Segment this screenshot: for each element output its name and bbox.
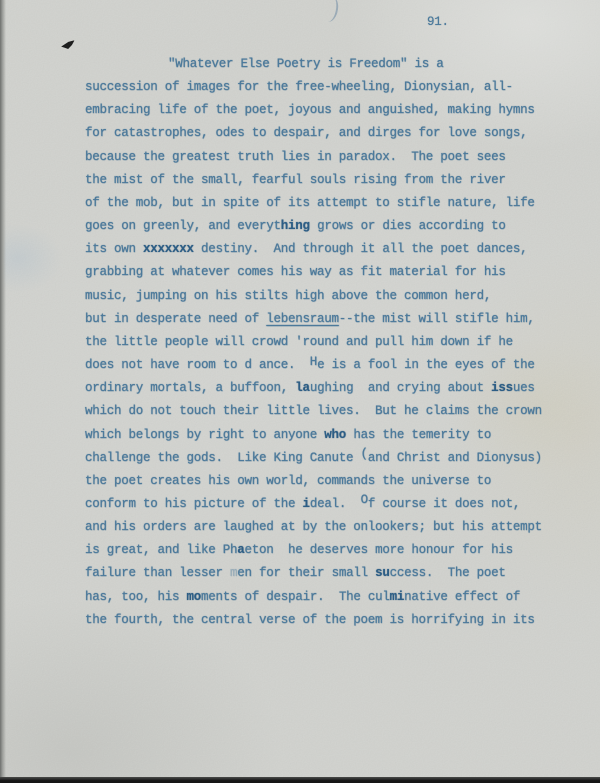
typed-line: "Whatever Else Poetry is Freedom" is a [85, 53, 563, 76]
typed-line: for catastrophes, odes to despair, and d… [85, 122, 563, 145]
typed-segment: has the temerity to [346, 428, 491, 442]
typed-text: "Whatever Else Poetry is Freedom" is asu… [85, 53, 563, 632]
overstruck-text: hing [281, 219, 310, 233]
overstruck-text: who [324, 428, 346, 442]
typed-line: the fourth, the central verse of the poe… [85, 609, 563, 632]
typed-segment: grows or dies according to [310, 219, 506, 233]
typed-segment: the poet creates his own world, commands… [85, 474, 491, 488]
pencil-paren-stroke-mark [320, 0, 340, 23]
typed-segment: but in desperate need of [85, 312, 266, 326]
typed-line: failure than lesser men for their small … [85, 562, 563, 585]
typed-line: is great, and like Phaeton he deserves m… [85, 539, 563, 562]
typed-segment: challenge the gods. Like King Canute [85, 451, 361, 465]
overstruck-text: su [375, 566, 390, 580]
typed-line: does not have room to d ance. He is a fo… [85, 354, 563, 377]
typed-segment: the mist of the small, fearful souls ris… [85, 173, 506, 187]
page-number: 91. [427, 15, 449, 29]
manuscript-scan: 91. "Whatever Else Poetry is Freedom" is… [0, 0, 600, 783]
typed-segment: ughing and crying about [310, 381, 491, 395]
typed-line: and his orders are laughed at by the onl… [85, 516, 563, 539]
typed-line: succession of images for the free-wheeli… [85, 76, 563, 99]
underlined-word: lebensraum [266, 312, 339, 326]
typed-segment: ments of despair. The cul [201, 590, 390, 604]
typed-line: challenge the gods. Like King Canute (an… [85, 447, 563, 470]
typed-segment: O [361, 493, 368, 507]
typed-segment: f course it does not, [368, 497, 520, 511]
typed-segment: "Whatever Else Poetry is Freedom" is a [168, 57, 444, 71]
typed-line: music, jumping on his stilts high above … [85, 285, 563, 308]
typed-segment: which do not touch their little lives. B… [85, 404, 542, 418]
typed-line: but in desperate need of lebensraum--the… [85, 308, 563, 331]
typed-line: of the mob, but in spite of its attempt … [85, 192, 563, 215]
typed-segment: which belongs by right to anyone [85, 428, 324, 442]
typed-segment: and Christ and Dionysus) [368, 451, 542, 465]
typed-segment: en for their small [237, 566, 375, 580]
typed-line: the little people will crowd 'round and … [85, 331, 563, 354]
typed-line: conform to his picture of the ideal. Of … [85, 493, 563, 516]
overstruck-text: i [303, 497, 310, 511]
pencil-arrowhead-mark [61, 40, 76, 49]
typed-segment: ordinary mortals, a buffoon, [85, 381, 295, 395]
typed-line: which do not touch their little lives. B… [85, 400, 563, 423]
typed-segment: the little people will crowd 'round and … [85, 335, 513, 349]
typed-segment: because the greatest truth lies in parad… [85, 150, 506, 164]
typed-segment: ues [513, 381, 535, 395]
typed-segment: e is a fool in the eyes of the [317, 358, 535, 372]
typed-line: embracing life of the poet, joyous and a… [85, 99, 563, 122]
overstruck-text: la [295, 381, 310, 395]
typed-segment: the fourth, the central verse of the poe… [85, 613, 535, 627]
typed-segment: succession of images for the free-wheeli… [85, 80, 513, 94]
typed-segment: deal. [310, 497, 361, 511]
typed-line: has, too, his moments of despair. The cu… [85, 586, 563, 609]
typed-segment: does not have room to d ance. [85, 358, 310, 372]
typed-line: ordinary mortals, a buffoon, laughing an… [85, 377, 563, 400]
typed-segment: native effect of [404, 590, 520, 604]
typed-segment: grabbing at whatever comes his way as fi… [85, 265, 506, 279]
typed-segment: and his orders are laughed at by the onl… [85, 520, 542, 534]
typed-segment: has, too, his [85, 590, 187, 604]
typed-segment: of the mob, but in spite of its attempt … [85, 196, 535, 210]
scan-left-edge [0, 0, 6, 783]
typed-segment: goes on greenly, and everyt [85, 219, 281, 233]
overstruck-text: xxxxxxx [143, 242, 194, 256]
typed-segment: is great, and like Ph [85, 543, 237, 557]
typed-line: which belongs by right to anyone who has… [85, 424, 563, 447]
typed-segment: its own [85, 242, 143, 256]
typed-segment: conform to his picture of the [85, 497, 303, 511]
overstruck-text: mi [390, 590, 405, 604]
typed-line: the mist of the small, fearful souls ris… [85, 169, 563, 192]
typed-line: goes on greenly, and everything grows or… [85, 215, 563, 238]
typed-segment: for catastrophes, odes to despair, and d… [85, 126, 527, 140]
overstruck-text: mo [187, 590, 202, 604]
typed-segment: eton he deserves more honour for his [245, 543, 513, 557]
typed-segment: ( [361, 447, 368, 461]
typed-segment: m [230, 566, 237, 580]
typed-segment: embracing life of the poet, joyous and a… [85, 103, 535, 117]
typed-line: the poet creates his own world, commands… [85, 470, 563, 493]
overstruck-text: iss [491, 381, 513, 395]
scanned-manuscript-photo: { "page": { "page_number": "91.", "marks… [0, 0, 600, 783]
typed-line: because the greatest truth lies in parad… [85, 146, 563, 169]
overstruck-text: a [237, 543, 244, 557]
typed-segment: music, jumping on his stilts high above … [85, 289, 491, 303]
typed-segment: failure than lesser [85, 566, 230, 580]
typed-segment: H [310, 355, 317, 369]
typed-segment: ccess. The poet [390, 566, 506, 580]
scan-bottom-edge [0, 777, 600, 783]
typed-segment: --the mist will stifle him, [339, 312, 535, 326]
typed-line: its own xxxxxxx destiny. And through it … [85, 238, 563, 261]
typed-line: grabbing at whatever comes his way as fi… [85, 261, 563, 284]
typed-segment: destiny. And through it all the poet dan… [194, 242, 528, 256]
